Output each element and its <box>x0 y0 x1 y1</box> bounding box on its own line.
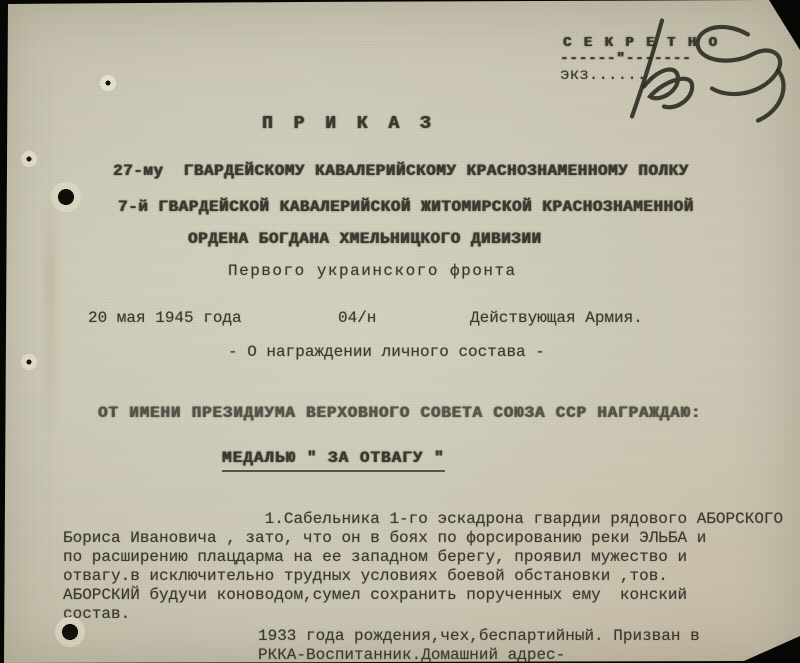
award-line: МЕДАЛЬЮ " ЗА ОТВАГУ " <box>222 449 445 472</box>
heading-front: Первого украинского фронта <box>228 262 517 281</box>
torn-hole <box>43 174 88 219</box>
document-title: П Р И К А З <box>262 115 436 134</box>
document-page: С Е К Р Е Т Н О ------"------- экз......… <box>0 0 800 663</box>
order-date: 20 мая 1945 года <box>88 309 242 328</box>
citation-line: отвагу.в исключительно трудных условиях … <box>63 567 668 586</box>
citation-line: АБОРСКИЙ будучи коноводом,сумел сохранит… <box>63 586 687 605</box>
heading-division: 7-й ГВАРДЕЙСКОЙ КАВАЛЕРИЙСКОЙ ЖИТОМИРСКО… <box>118 198 694 217</box>
pin-hole <box>17 350 41 374</box>
heading-order: ОРДЕНА БОГДАНА ХМЕЛЬНИЦКОГО ДИВИЗИИ <box>188 230 542 249</box>
citation-line: состав. <box>63 605 130 624</box>
biography-line-2: РККА-Воспитанник.Домашний адрес- <box>258 646 565 663</box>
citation-line: по расширению плацдарма на ее западном б… <box>63 548 687 567</box>
pin-hole <box>17 147 41 171</box>
citation-line: Бориса Ивановича , зато, что он в боях п… <box>63 529 706 548</box>
order-location: Действующая Армия. <box>470 309 643 328</box>
citation-line: 1.Сабельника 1-го эскадрона гвардии рядо… <box>63 510 783 529</box>
decree-line: ОТ ИМЕНИ ПРЕЗИДИУМА ВЕРХОВНОГО СОВЕТА СО… <box>98 404 701 423</box>
biography-line-1: 1933 года рождения,чех,беспартийный. При… <box>258 627 700 646</box>
order-subject: - О награждении личного состава - <box>228 343 545 362</box>
copy-number-line: экз....... <box>560 66 656 85</box>
paper-stain <box>44 195 56 435</box>
heading-regiment: 27-му ГВАРДЕЙСКОМУ КАВАЛЕРИЙСКОМУ КРАСНО… <box>113 162 689 181</box>
pin-hole <box>96 71 120 95</box>
order-number: 04/н <box>338 309 376 328</box>
